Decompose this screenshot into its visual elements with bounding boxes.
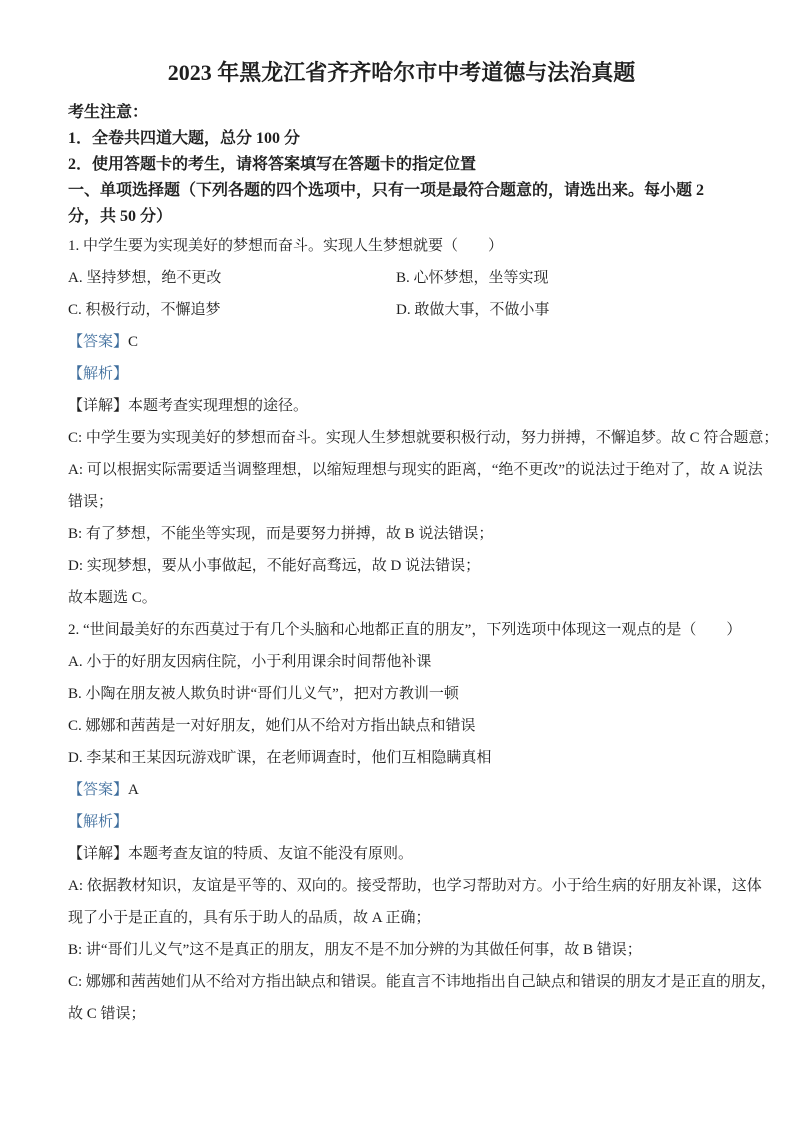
question-2-detail-line: C: 娜娜和茜茜她们从不给对方指出缺点和错误。能直言不讳地指出自己缺点和错误的朋… — [68, 966, 735, 998]
question-2-detail-line: 现了小于是正直的，具有乐于助人的品质，故 A 正确； — [68, 902, 735, 934]
analysis-label: 【解析】 — [68, 366, 128, 382]
question-1-options-row-2: C. 积极行动，不懈追梦 D. 敢做大事，不做小事 — [68, 294, 735, 326]
question-1-detail-line: B: 有了梦想，不能坐等实现，而是要努力拼搏，故 B 说法错误； — [68, 518, 735, 550]
answer-label: 【答案】 — [68, 334, 128, 350]
question-2-answer-value: A — [128, 782, 139, 798]
question-1-option-d: D. 敢做大事，不做小事 — [396, 294, 549, 326]
question-1-options-row-1: A. 坚持梦想，绝不更改 B. 心怀梦想，坐等实现 — [68, 262, 735, 294]
section-heading-line-2: 分，共 50 分） — [68, 204, 735, 230]
question-1-option-c: C. 积极行动，不懈追梦 — [68, 294, 396, 326]
question-1-stem: 1. 中学生要为实现美好的梦想而奋斗。实现人生梦想就要（ ） — [68, 230, 735, 262]
question-1-detail-line: C: 中学生要为实现美好的梦想而奋斗。实现人生梦想就要积极行动，努力拼搏，不懈追… — [68, 422, 735, 454]
document-title: 2023 年黑龙江省齐齐哈尔市中考道德与法治真题 — [68, 58, 735, 88]
question-1: 1. 中学生要为实现美好的梦想而奋斗。实现人生梦想就要（ ） A. 坚持梦想，绝… — [68, 230, 735, 614]
question-1-option-a: A. 坚持梦想，绝不更改 — [68, 262, 396, 294]
question-1-option-b: B. 心怀梦想，坐等实现 — [396, 262, 549, 294]
question-2-option-b: B. 小陶在朋友被人欺负时讲“哥们儿义气”，把对方教训一顿 — [68, 678, 735, 710]
question-2-analysis-line: 【解析】 — [68, 806, 735, 838]
question-2-option-a: A. 小于的好朋友因病住院，小于利用课余时间帮他补课 — [68, 646, 735, 678]
question-2-answer-line: 【答案】A — [68, 774, 735, 806]
notice-item-2: 2．使用答题卡的考生，请将答案填写在答题卡的指定位置 — [68, 152, 735, 178]
question-2-option-d: D. 李某和王某因玩游戏旷课，在老师调查时，他们互相隐瞒真相 — [68, 742, 735, 774]
question-1-analysis-line: 【解析】 — [68, 358, 735, 390]
question-1-detail-line: D: 实现梦想，要从小事做起，不能好高骛远，故 D 说法错误； — [68, 550, 735, 582]
question-1-detail-line: 【详解】本题考查实现理想的途径。 — [68, 390, 735, 422]
question-2-detail-line: 【详解】本题考查友谊的特质、友谊不能没有原则。 — [68, 838, 735, 870]
exam-document-page: 2023 年黑龙江省齐齐哈尔市中考道德与法治真题 考生注意： 1．全卷共四道大题… — [0, 0, 793, 1122]
question-2-option-c: C. 娜娜和茜茜是一对好朋友，她们从不给对方指出缺点和错误 — [68, 710, 735, 742]
question-1-detail-line: 错误； — [68, 486, 735, 518]
question-2: 2. “世间最美好的东西莫过于有几个头脑和心地都正直的朋友”，下列选项中体现这一… — [68, 614, 735, 1030]
question-1-answer-line: 【答案】C — [68, 326, 735, 358]
question-2-detail-line: A: 依据教材知识，友谊是平等的、双向的。接受帮助，也学习帮助对方。小于给生病的… — [68, 870, 735, 902]
notice-heading: 考生注意： — [68, 100, 735, 126]
answer-label: 【答案】 — [68, 782, 128, 798]
question-1-detail-line: A: 可以根据实际需要适当调整理想，以缩短理想与现实的距离，“绝不更改”的说法过… — [68, 454, 735, 486]
question-1-answer-value: C — [128, 334, 138, 350]
question-2-detail-line: B: 讲“哥们儿义气”这不是真正的朋友，朋友不是不加分辨的为其做任何事，故 B … — [68, 934, 735, 966]
question-2-stem: 2. “世间最美好的东西莫过于有几个头脑和心地都正直的朋友”，下列选项中体现这一… — [68, 614, 735, 646]
question-1-detail-line: 故本题选 C。 — [68, 582, 735, 614]
section-heading-line-1: 一、单项选择题（下列各题的四个选项中，只有一项是最符合题意的，请选出来。每小题 … — [68, 178, 735, 204]
notice-item-1: 1．全卷共四道大题，总分 100 分 — [68, 126, 735, 152]
analysis-label: 【解析】 — [68, 814, 128, 830]
page-content: 2023 年黑龙江省齐齐哈尔市中考道德与法治真题 考生注意： 1．全卷共四道大题… — [0, 0, 793, 1030]
question-2-detail-line: 故 C 错误； — [68, 998, 735, 1030]
